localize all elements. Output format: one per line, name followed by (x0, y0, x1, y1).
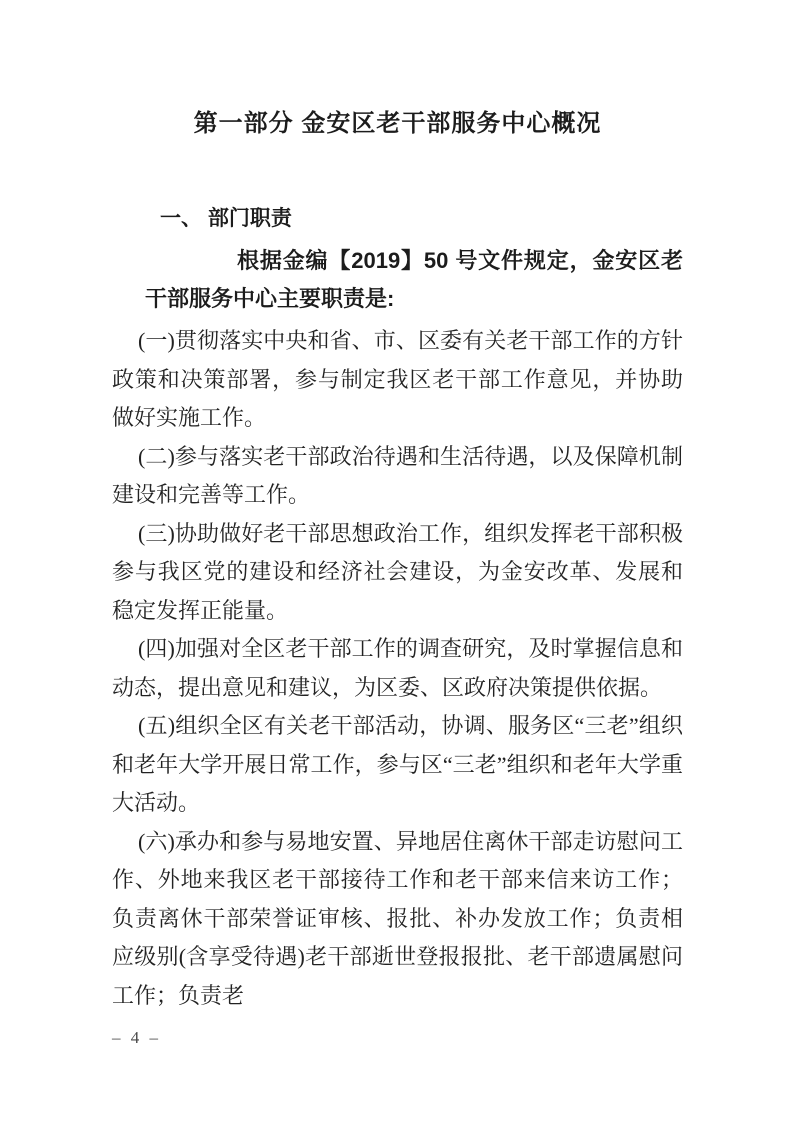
document-page: 第一部分 金安区老干部服务中心概况 一、 部门职责 根据金编【2019】50 号… (0, 0, 793, 1122)
duty-paragraph-4: (四)加强对全区老干部工作的调查研究，及时掌握信息和动态，提出意见和建议，为区委… (112, 630, 683, 707)
duty-paragraph-5: (五)组织全区有关老干部活动，协调、服务区“三老”组织和老年大学开展日常工作，参… (112, 707, 683, 823)
page-title: 第一部分 金安区老干部服务中心概况 (112, 108, 683, 140)
intro-paragraph: 根据金编【2019】50 号文件规定，金安区老干部服务中心主要职责是: (145, 242, 683, 318)
duty-paragraph-6: (六)承办和参与易地安置、异地居住离休干部走访慰问工作、外地来我区老干部接待工作… (112, 823, 683, 1016)
duty-paragraph-3: (三)协助做好老干部思想政治工作，组织发挥老干部积极参与我区党的建设和经济社会建… (112, 515, 683, 631)
page-number: – 4 – (112, 1027, 161, 1049)
page-content: 第一部分 金安区老干部服务中心概况 一、 部门职责 根据金编【2019】50 号… (112, 108, 683, 1015)
duties-list: (一)贯彻落实中央和省、市、区委有关老干部工作的方针政策和决策部署，参与制定我区… (112, 322, 683, 1015)
section-heading-duties: 一、 部门职责 (160, 204, 683, 234)
duty-paragraph-2: (二)参与落实老干部政治待遇和生活待遇，以及保障机制建设和完善等工作。 (112, 438, 683, 515)
duty-paragraph-1: (一)贯彻落实中央和省、市、区委有关老干部工作的方针政策和决策部署，参与制定我区… (112, 322, 683, 438)
